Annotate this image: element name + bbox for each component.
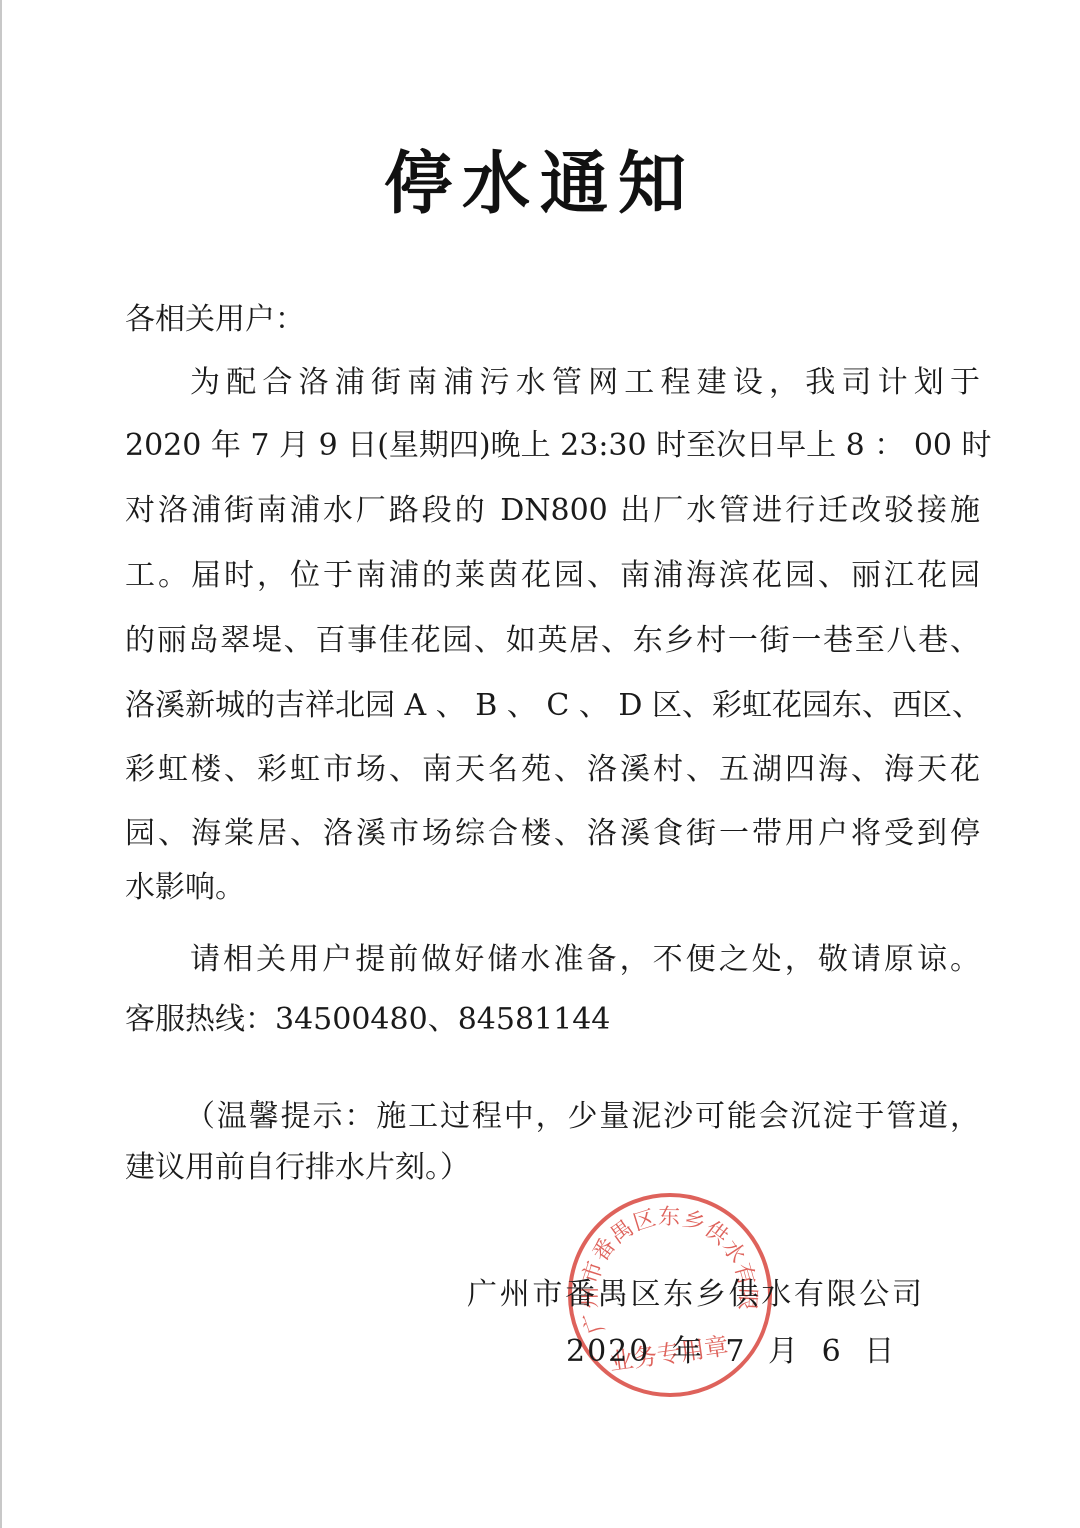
body-line-6: 洛溪新城的吉祥北园 A 、 B 、 C 、 D 区、彩虹花园东、西区、 bbox=[125, 686, 980, 726]
body-line-8: 园、海棠居、洛溪市场综合楼、洛溪食街一带用户将受到停 bbox=[125, 814, 980, 854]
signature-date: 2020 年 7 月 6 日 bbox=[566, 1332, 896, 1372]
document-title: 停水通知 bbox=[0, 140, 1080, 230]
body-line-3: 对洛浦街南浦水厂路段的 DN800 出厂水管进行迁改驳接施 bbox=[125, 491, 980, 531]
body-line-2: 2020 年 7 月 9 日(星期四)晚上 23:30 时至次日早上 8 ： 0… bbox=[125, 426, 980, 466]
storage-reminder: 请相关用户提前做好储水准备，不便之处，敬请原谅。 bbox=[190, 940, 980, 980]
salutation: 各相关用户： bbox=[125, 300, 980, 340]
body-line-4: 工。届时，位于南浦的莱茵花园、南浦海滨花园、丽江花园 bbox=[125, 556, 980, 596]
customer-hotline: 客服热线：34500480、84581144 bbox=[125, 1000, 980, 1040]
body-line-1: 为配合洛浦街南浦污水管网工程建设，我司计划于 bbox=[190, 363, 980, 403]
body-line-7: 彩虹楼、彩虹市场、南天名苑、洛溪村、五湖四海、海天花 bbox=[125, 750, 980, 790]
body-line-5: 的丽岛翠堤、百事佳花园、如英居、东乡村一街一巷至八巷、 bbox=[125, 621, 980, 661]
tip-line-1: （温馨提示：施工过程中，少量泥沙可能会沉淀于管道， bbox=[185, 1097, 980, 1137]
signature-company: 广州市番禺区东乡供水有限公司 bbox=[467, 1275, 922, 1315]
body-line-9: 水影响。 bbox=[125, 868, 980, 908]
tip-line-2: 建议用前自行排水片刻。） bbox=[125, 1148, 980, 1188]
